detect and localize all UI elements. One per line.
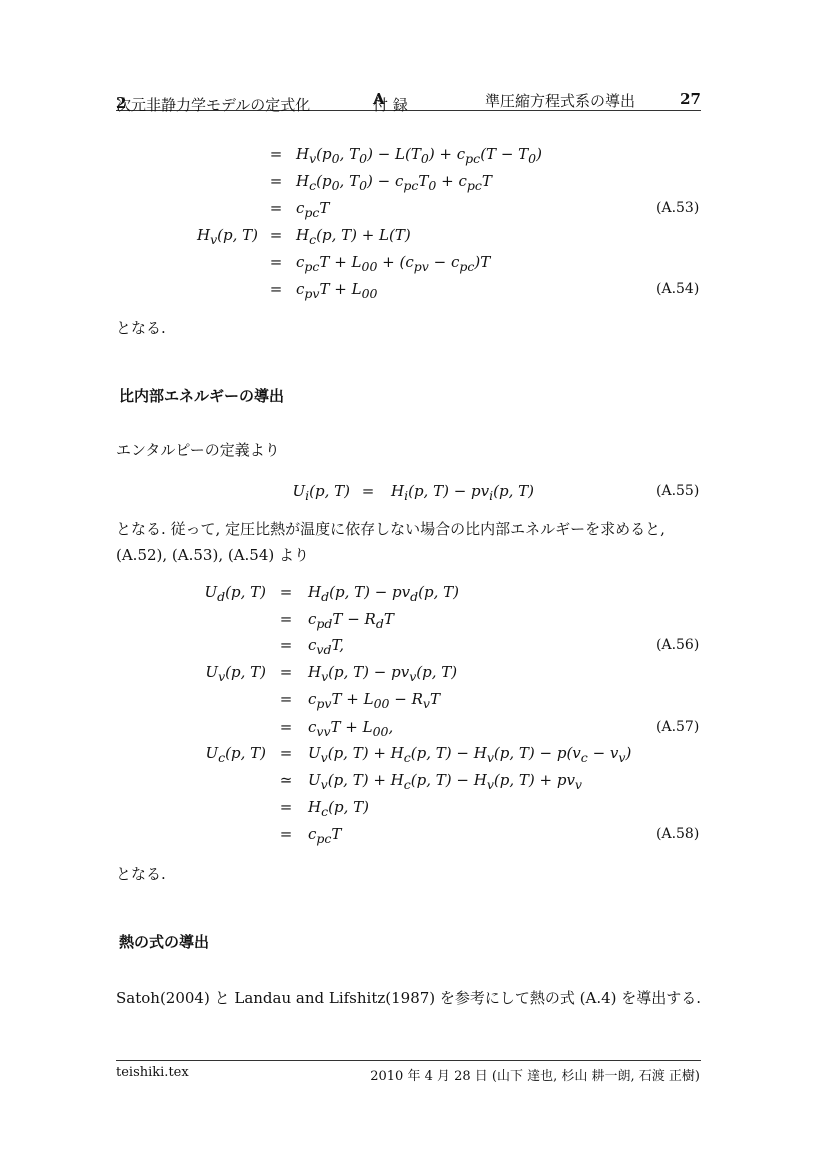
eq-rhs: Hc(p0, T0) − cpcT0 + cpcT <box>296 170 492 197</box>
page-number: 27 <box>680 90 701 108</box>
eq-rhs: Uv(p, T) + Hc(p, T) − Hv(p, T) + pvv <box>308 769 582 796</box>
eq-rhs: Hv(p0, T0) − L(T0) + cpc(T − T0) <box>296 143 542 170</box>
running-header: 2 次元非静力学モデルの定式化 付 録 A 準圧縮方程式系の導出 27 <box>116 86 701 111</box>
eq-relation: = <box>266 251 286 273</box>
footer-rule <box>116 1060 701 1061</box>
eq-rhs: Hv(p, T) − pvv(p, T) <box>308 661 457 688</box>
equation-row: = cpcT + L00 + (cpv − cpc)T <box>0 251 826 273</box>
equation-number: (A.57) <box>656 716 699 738</box>
eq-lhs: Ui(p, T) <box>270 480 350 507</box>
equation-row: = cpdT − RdT <box>0 608 826 630</box>
eq-relation: = <box>276 688 296 710</box>
eq-relation: = <box>276 634 296 656</box>
eq-relation: = <box>276 796 296 818</box>
paragraph-tonaru-2: となる. <box>116 861 706 887</box>
eq-rhs: Hc(p, T) <box>308 796 369 823</box>
eq-relation: = <box>266 197 286 219</box>
equation-number: (A.54) <box>656 278 699 300</box>
paragraph-heat-equation-intro: Satoh(2004) と Landau and Lifshitz(1987) … <box>116 985 706 1011</box>
eq-rhs: cpcT + L00 + (cpv − cpc)T <box>296 251 490 278</box>
section-title-heat-equation: 熱の式の導出 <box>119 931 209 952</box>
equation-number: (A.53) <box>656 197 699 219</box>
eq-relation: = <box>266 224 286 246</box>
equation-row: Uc(p, T) = Uv(p, T) + Hc(p, T) − Hv(p, T… <box>0 742 826 764</box>
eq-relation: ≃ <box>276 769 296 791</box>
equation-row: = Hc(p0, T0) − cpcT0 + cpcT <box>0 170 826 192</box>
eq-relation: = <box>276 716 296 738</box>
footer-date-authors: 2010 年 4 月 28 日 (山下 達也, 杉山 耕一朗, 石渡 正樹) <box>370 1065 700 1084</box>
eq-rhs: cpvT + L00 <box>296 278 377 305</box>
header-appendix: 付 録 A <box>373 90 385 108</box>
eq-rhs: Hd(p, T) − pvd(p, T) <box>308 581 459 608</box>
equation-row: = cvdT, (A.56) <box>0 634 826 656</box>
equation-number: (A.55) <box>656 480 699 502</box>
paragraph-line: となる. 従って, 定圧比熱が温度に依存しない場合の比内部エネルギーを求めると, <box>116 516 706 542</box>
equation-a55: Ui(p, T) = Hi(p, T) − pvi(p, T) (A.55) <box>0 480 826 502</box>
equation-number: (A.58) <box>656 823 699 845</box>
appendix-prefix: 付 録 <box>373 94 408 115</box>
eq-rhs: cpvT + L00 − RvT <box>308 688 440 715</box>
equation-row: ≃ Uv(p, T) + Hc(p, T) − Hv(p, T) + pvv <box>0 769 826 791</box>
eq-lhs: Uc(p, T) <box>186 742 266 769</box>
eq-rhs: cvvT + L00, <box>308 716 393 743</box>
eq-lhs: Hv(p, T) <box>180 224 258 251</box>
header-appendix-title: 準圧縮方程式系の導出 <box>485 90 635 111</box>
equation-row: Hv(p, T) = Hc(p, T) + L(T) <box>0 224 826 246</box>
eq-relation: = <box>276 661 296 683</box>
section-title-internal-energy: 比内部エネルギーの導出 <box>119 385 284 406</box>
equation-row: Uv(p, T) = Hv(p, T) − pvv(p, T) <box>0 661 826 683</box>
eq-relation: = <box>358 480 378 502</box>
footer-filename: teishiki.tex <box>116 1065 189 1080</box>
eq-relation: = <box>266 278 286 300</box>
eq-rhs: Uv(p, T) + Hc(p, T) − Hv(p, T) − p(vc − … <box>308 742 631 769</box>
eq-rhs: Hi(p, T) − pvi(p, T) <box>391 480 534 507</box>
eq-relation: = <box>276 608 296 630</box>
chapter-title: 次元非静力学モデルの定式化 <box>116 94 310 115</box>
equation-row: Ud(p, T) = Hd(p, T) − pvd(p, T) <box>0 581 826 603</box>
eq-rhs: Hc(p, T) + L(T) <box>296 224 411 251</box>
equation-row: = cvvT + L00, (A.57) <box>0 716 826 738</box>
equation-row: = cpcT (A.53) <box>0 197 826 219</box>
paragraph-specific-heat: となる. 従って, 定圧比熱が温度に依存しない場合の比内部エネルギーを求めると,… <box>116 516 706 568</box>
eq-relation: = <box>266 170 286 192</box>
eq-lhs: Ud(p, T) <box>186 581 266 608</box>
eq-rhs: cpcT <box>296 197 329 224</box>
eq-relation: = <box>266 143 286 165</box>
eq-relation: = <box>276 581 296 603</box>
paragraph-tonaru-1: となる. <box>116 315 706 341</box>
equation-row: = cpvT + L00 − RvT <box>0 688 826 710</box>
paragraph-enthalpy-def: エンタルピーの定義より <box>116 437 706 463</box>
equation-row: = Hc(p, T) <box>0 796 826 818</box>
equation-row: = cpvT + L00 (A.54) <box>0 278 826 300</box>
equation-row: = cpcT (A.58) <box>0 823 826 845</box>
eq-lhs: Uv(p, T) <box>186 661 266 688</box>
eq-rhs: cvdT, <box>308 634 344 661</box>
eq-relation: = <box>276 823 296 845</box>
eq-relation: = <box>276 742 296 764</box>
equation-row: Hv(p0, T0) − L(T0) + cpc(T − T0) = <box>0 143 826 165</box>
eq-rhs: cpcT <box>308 823 341 850</box>
paragraph-line: (A.52), (A.53), (A.54) より <box>116 542 706 568</box>
eq-rhs: cpdT − RdT <box>308 608 394 635</box>
equation-number: (A.56) <box>656 634 699 656</box>
